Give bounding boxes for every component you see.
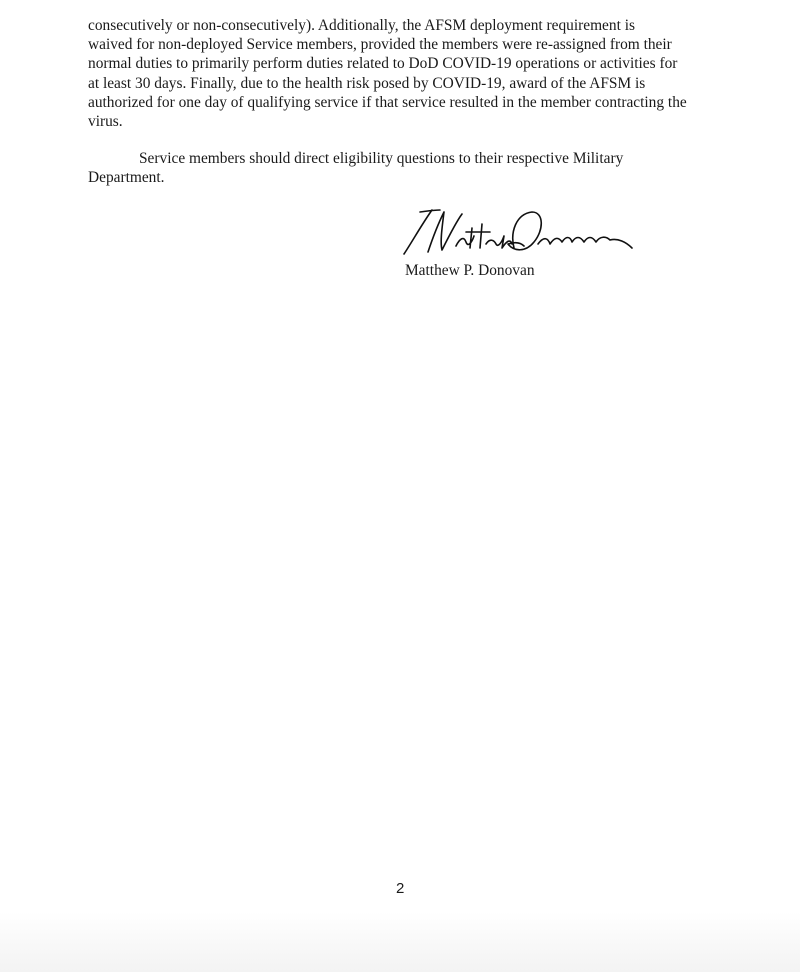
paragraph-contact-guidance: Service members should direct eligibilit… bbox=[88, 149, 728, 187]
page-number: 2 bbox=[396, 880, 404, 897]
text-line: Department. bbox=[88, 168, 728, 187]
text-line: at least 30 days. Finally, due to the he… bbox=[88, 74, 728, 93]
paragraph-afsm-eligibility: consecutively or non-consecutively). Add… bbox=[88, 16, 728, 131]
signer-name: Matthew P. Donovan bbox=[405, 262, 535, 280]
text-line: authorized for one day of qualifying ser… bbox=[88, 93, 728, 112]
signature-icon bbox=[398, 202, 638, 262]
text-line: virus. bbox=[88, 112, 728, 131]
text-line: Service members should direct eligibilit… bbox=[88, 149, 728, 168]
text-line: waived for non-deployed Service members,… bbox=[88, 35, 728, 54]
text-line: consecutively or non-consecutively). Add… bbox=[88, 16, 728, 35]
text-line: normal duties to primarily perform dutie… bbox=[88, 54, 728, 73]
page-bottom-shadow bbox=[0, 912, 800, 972]
